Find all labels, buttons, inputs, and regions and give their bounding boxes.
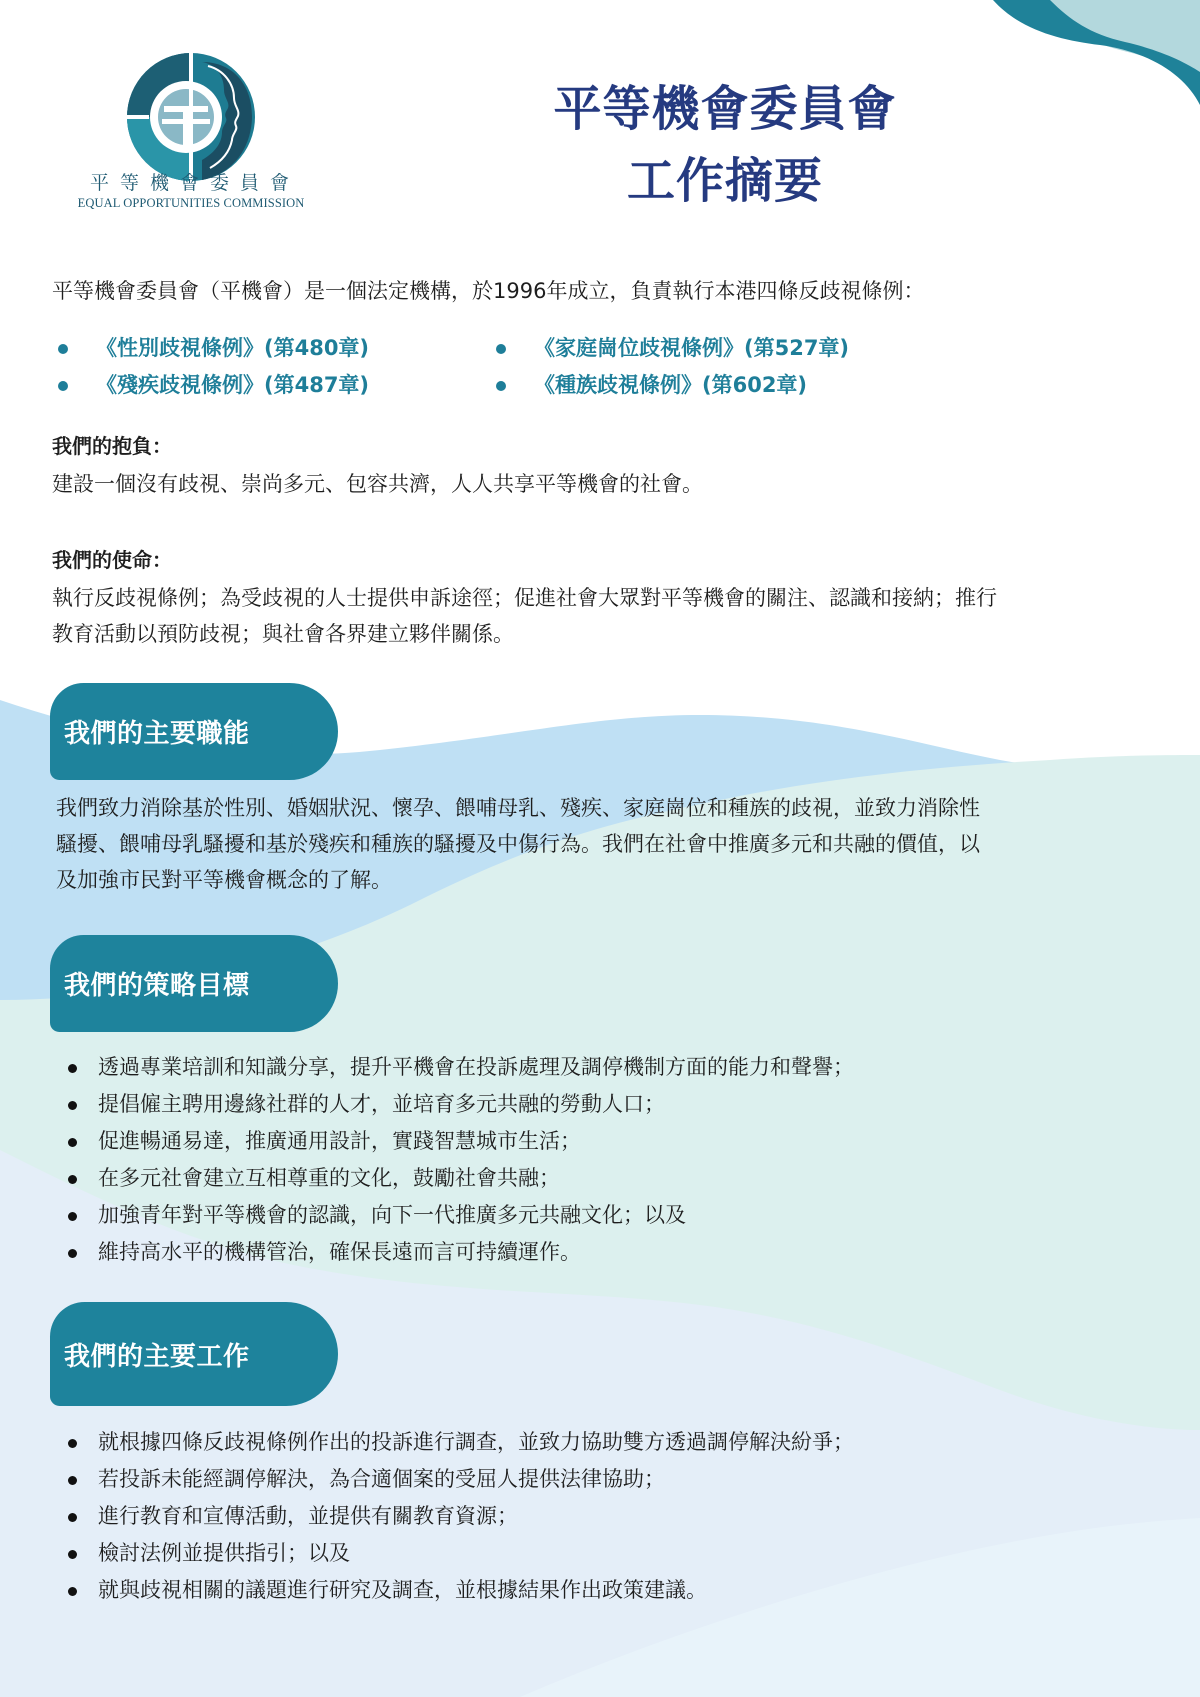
page-title: 平等機會委員會 工作摘要 xyxy=(505,73,945,217)
functions-line: 騷擾、餵哺母乳騷擾和基於殘疾和種族的騷擾及中傷行為。我們在社會中推廣多元和共融的… xyxy=(56,826,1156,862)
work-item: 就根據四條反歧視條例作出的投訴進行調查，並致力協助雙方透過調停解決紛爭； xyxy=(68,1424,854,1461)
ordinance-item: 《殘疾歧視條例》(第487章) xyxy=(58,367,369,404)
ordinance-list-left: 《性別歧視條例》(第480章) 《殘疾歧視條例》(第487章) xyxy=(58,330,369,404)
ordinance-item: 《性別歧視條例》(第480章) xyxy=(58,330,369,367)
ordinance-list-right: 《家庭崗位歧視條例》(第527章) 《種族歧視條例》(第602章) xyxy=(496,330,849,404)
work-item: 若投訴未能經調停解決，為合適個案的受屈人提供法律協助； xyxy=(68,1461,854,1498)
goal-item: 提倡僱主聘用邊緣社群的人才，並培育多元共融的勞動人口； xyxy=(68,1086,854,1123)
functions-line: 我們致力消除基於性別、婚姻狀況、懷孕、餵哺母乳、殘疾、家庭崗位和種族的歧視，並致… xyxy=(56,790,1156,826)
goal-item: 促進暢通易達，推廣通用設計，實踐智慧城市生活； xyxy=(68,1123,854,1160)
bullet-icon xyxy=(68,1587,77,1596)
vision-text: 建設一個沒有歧視、崇尚多元、包容共濟，人人共享平等機會的社會。 xyxy=(52,466,1152,502)
bullet-icon xyxy=(68,1101,77,1110)
functions-text: 我們致力消除基於性別、婚姻狀況、懷孕、餵哺母乳、殘疾、家庭崗位和種族的歧視，並致… xyxy=(56,790,1156,898)
bullet-icon xyxy=(496,344,506,354)
section-heading-work: 我們的主要工作 xyxy=(50,1302,338,1406)
bullet-icon xyxy=(68,1476,77,1485)
logo-name-en: EQUAL OPPORTUNITIES COMMISSION xyxy=(66,196,316,211)
work-item: 檢討法例並提供指引；以及 xyxy=(68,1535,854,1572)
bullet-icon xyxy=(58,381,68,391)
bullet-icon xyxy=(68,1249,77,1258)
work-item: 就與歧視相關的議題進行研究及調查，並根據結果作出政策建議。 xyxy=(68,1572,854,1609)
bullet-icon xyxy=(68,1175,77,1184)
work-item: 進行教育和宣傳活動，並提供有關教育資源； xyxy=(68,1498,854,1535)
bullet-icon xyxy=(68,1550,77,1559)
page-title-line1: 平等機會委員會 xyxy=(505,73,945,145)
goal-item: 在多元社會建立互相尊重的文化，鼓勵社會共融； xyxy=(68,1160,854,1197)
section-heading-functions: 我們的主要職能 xyxy=(50,683,338,780)
bullet-icon xyxy=(58,344,68,354)
vision-heading: 我們的抱負： xyxy=(52,432,172,460)
bullet-icon xyxy=(496,381,506,391)
logo-name-zh: 平等機會委員會 xyxy=(66,168,316,195)
bullet-icon xyxy=(68,1513,77,1522)
ordinance-item: 《種族歧視條例》(第602章) xyxy=(496,367,849,404)
goals-list: 透過專業培訓和知識分享，提升平機會在投訴處理及調停機制方面的能力和聲譽； 提倡僱… xyxy=(68,1049,854,1271)
goal-item: 加強青年對平等機會的認識，向下一代推廣多元共融文化；以及 xyxy=(68,1197,854,1234)
bullet-icon xyxy=(68,1439,77,1448)
mission-text: 執行反歧視條例；為受歧視的人士提供申訴途徑；促進社會大眾對平等機會的關注、認識和… xyxy=(52,580,1152,652)
functions-line: 及加強市民對平等機會概念的了解。 xyxy=(56,862,1156,898)
bullet-icon xyxy=(68,1138,77,1147)
bullet-icon xyxy=(68,1064,77,1073)
mission-line: 執行反歧視條例；為受歧視的人士提供申訴途徑；促進社會大眾對平等機會的關注、認識和… xyxy=(52,580,1152,616)
mission-line: 教育活動以預防歧視；與社會各界建立夥伴關係。 xyxy=(52,616,1152,652)
mission-heading: 我們的使命： xyxy=(52,546,172,574)
bullet-icon xyxy=(68,1212,77,1221)
page-title-line2: 工作摘要 xyxy=(505,145,945,217)
work-list: 就根據四條反歧視條例作出的投訴進行調查，並致力協助雙方透過調停解決紛爭； 若投訴… xyxy=(68,1424,854,1609)
goal-item: 透過專業培訓和知識分享，提升平機會在投訴處理及調停機制方面的能力和聲譽； xyxy=(68,1049,854,1086)
section-heading-goals: 我們的策略目標 xyxy=(50,935,338,1032)
intro-text: 平等機會委員會（平機會）是一個法定機構，於1996年成立，負責執行本港四條反歧視… xyxy=(52,276,924,306)
eoc-logo: 平等機會委員會 EQUAL OPPORTUNITIES COMMISSION xyxy=(66,50,316,215)
ordinance-item: 《家庭崗位歧視條例》(第527章) xyxy=(496,330,849,367)
eoc-logo-icon xyxy=(124,50,258,184)
goal-item: 維持高水平的機構管治，確保長遠而言可持續運作。 xyxy=(68,1234,854,1271)
